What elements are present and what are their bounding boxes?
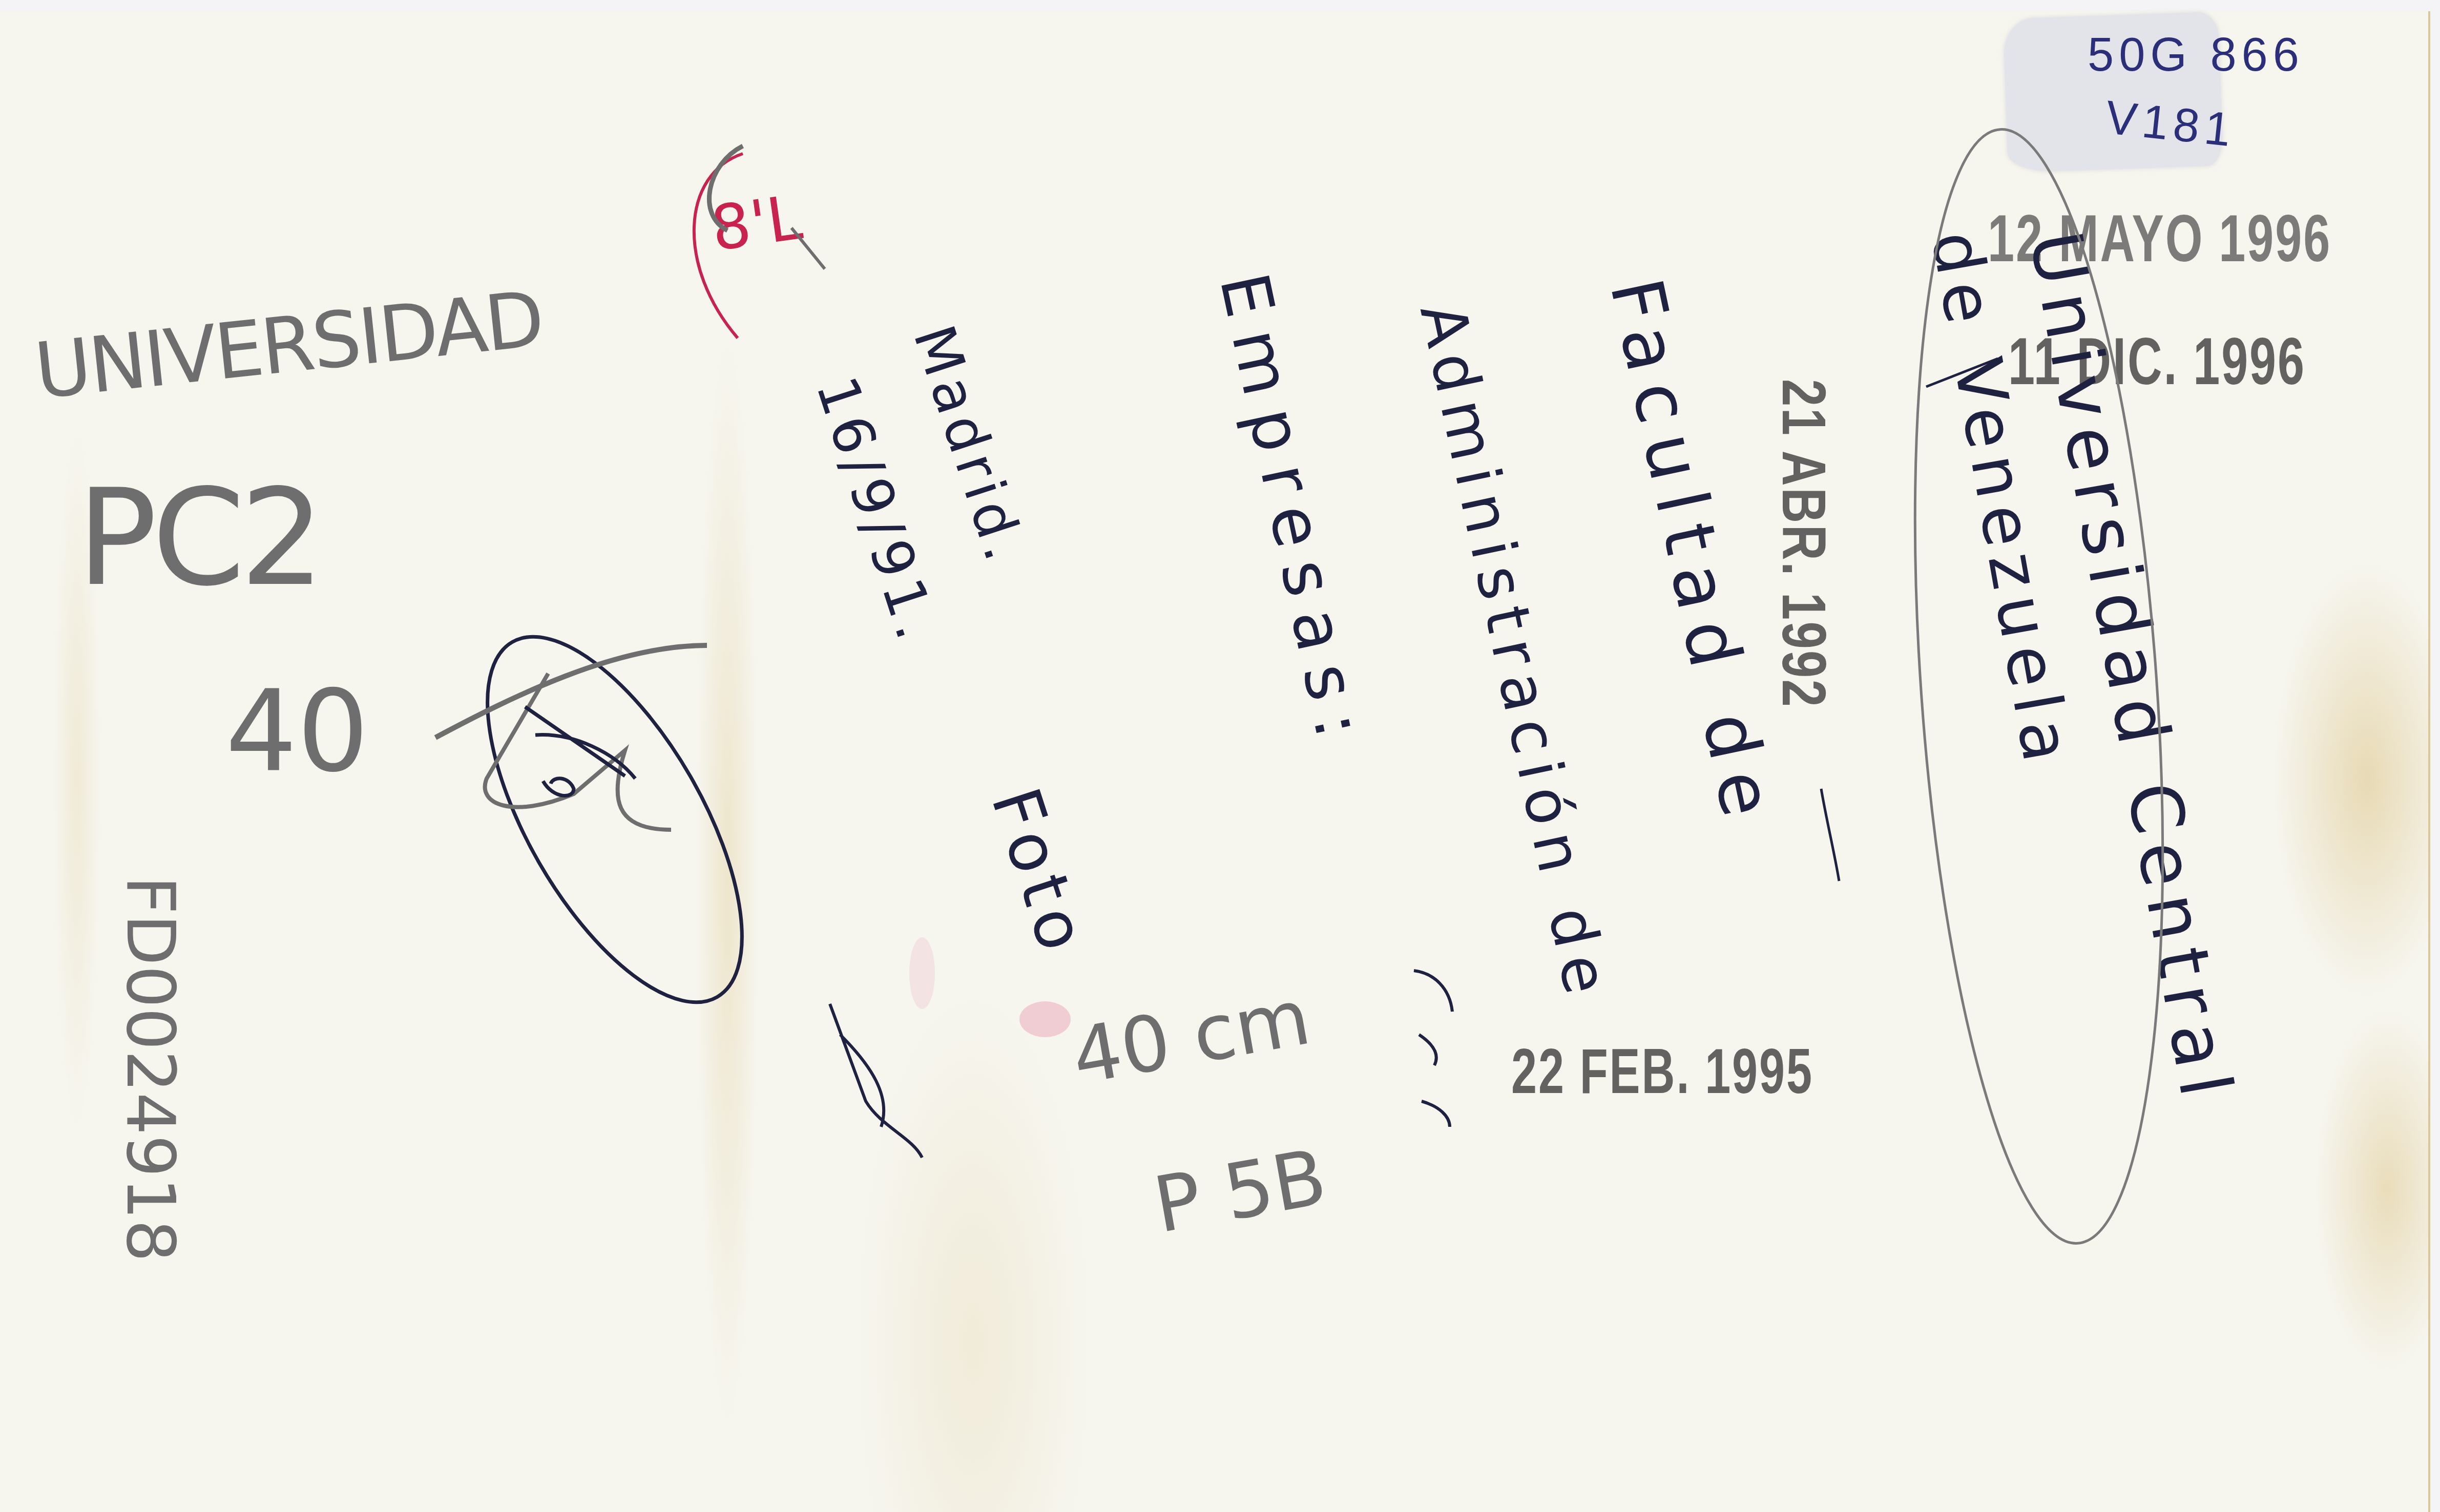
red-mark: 8'L	[707, 182, 806, 265]
pencil-number: 40	[225, 666, 369, 797]
catalog-number: 50G 866	[2088, 28, 2304, 82]
pencil-inventory-code: FD0024918	[112, 876, 190, 1262]
pencil-code: PC2	[77, 461, 320, 616]
date-stamp-abr-1992: 21 ABR. 1992	[1768, 379, 1839, 708]
date-stamp-feb-1995: 22 FEB. 1995	[1511, 1035, 1813, 1108]
